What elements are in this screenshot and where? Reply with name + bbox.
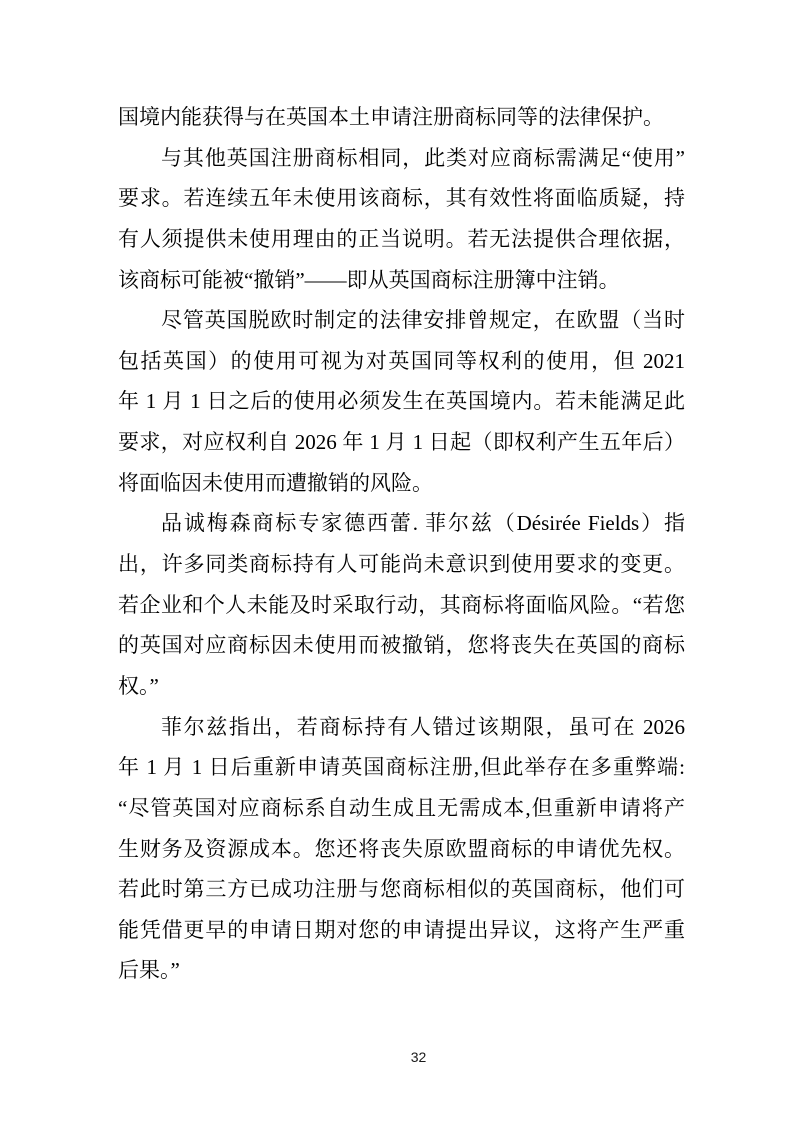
text-line: 包括英国）的使用可视为对英国同等权利的使用，但 2021 (118, 341, 685, 382)
text-line: 尽管英国脱欧时制定的法律安排曾规定，在欧盟（当时 (118, 300, 685, 341)
document-page: 国境内能获得与在英国本土申请注册商标同等的法律保护。与其他英国注册商标相同，此类… (0, 0, 793, 1122)
text-line: 年 1 月 1 日之后的使用必须发生在英国境内。若未能满足此 (118, 381, 685, 422)
text-line: 生财务及资源成本。您还将丧失原欧盟商标的申请优先权。 (118, 829, 685, 870)
text-line: 出，许多同类商标持有人可能尚未意识到使用要求的变更。 (118, 544, 685, 585)
text-line: 将面临因未使用而遭撤销的风险。 (118, 463, 685, 504)
text-line: 年 1 月 1 日后重新申请英国商标注册,但此举存在多重弊端: (118, 747, 685, 788)
text-line: 品诚梅森商标专家德西蕾. 菲尔兹（Désirée Fields）指 (118, 503, 685, 544)
text-line: 若企业和个人未能及时采取行动，其商标将面临风险。“若您 (118, 585, 685, 626)
text-line: 国境内能获得与在英国本土申请注册商标同等的法律保护。 (118, 97, 685, 138)
text-line: 能凭借更早的申请日期对您的申请提出异议，这将产生严重 (118, 910, 685, 951)
text-line: 若此时第三方已成功注册与您商标相似的英国商标，他们可 (118, 869, 685, 910)
text-line: 有人须提供未使用理由的正当说明。若无法提供合理依据， (118, 219, 685, 260)
document-body: 国境内能获得与在英国本土申请注册商标同等的法律保护。与其他英国注册商标相同，此类… (118, 97, 685, 991)
text-line: 要求。若连续五年未使用该商标，其有效性将面临质疑，持 (118, 178, 685, 219)
text-line: 与其他英国注册商标相同，此类对应商标需满足“使用” (118, 138, 685, 179)
text-line: 该商标可能被“撤销”——即从英国商标注册簿中注销。 (118, 260, 685, 301)
text-line: 的英国对应商标因未使用而被撤销，您将丧失在英国的商标 (118, 625, 685, 666)
text-line: 菲尔兹指出，若商标持有人错过该期限，虽可在 2026 (118, 707, 685, 748)
page-number: 32 (22, 1049, 793, 1065)
text-line: 后果。” (118, 950, 685, 991)
text-line: 要求，对应权利自 2026 年 1 月 1 日起（即权利产生五年后） (118, 422, 685, 463)
text-line: 权。” (118, 666, 685, 707)
text-line: “尽管英国对应商标系自动生成且无需成本,但重新申请将产 (118, 788, 685, 829)
